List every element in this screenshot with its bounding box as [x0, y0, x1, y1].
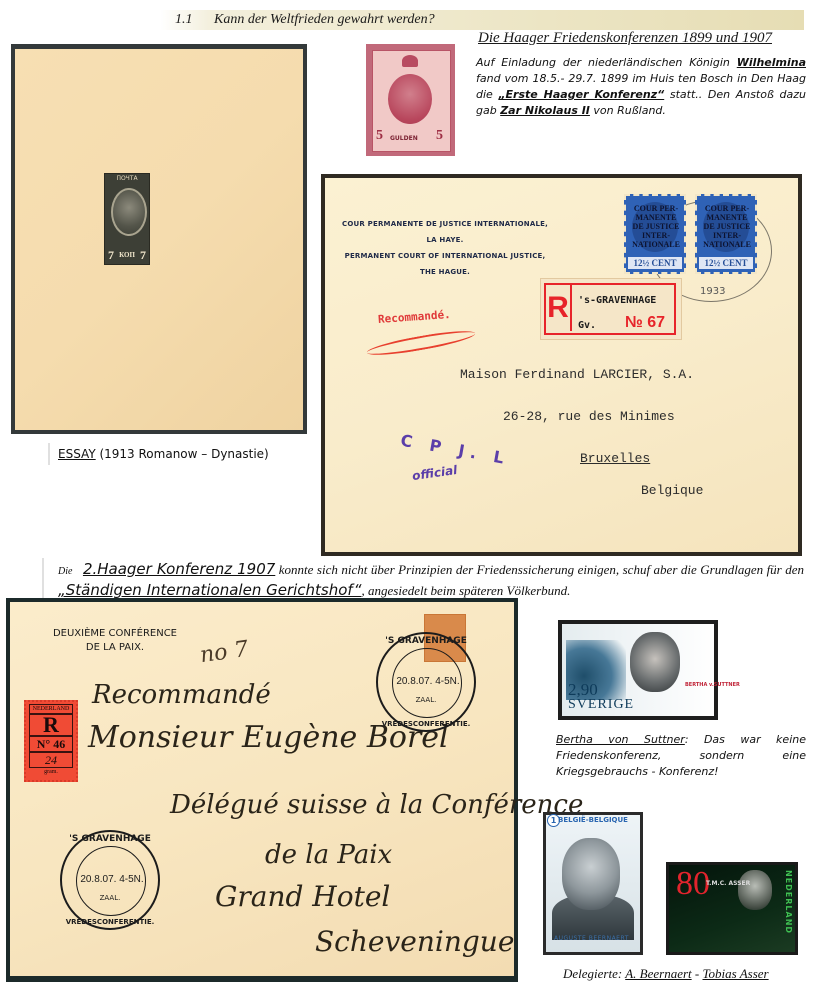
section-title: Kann der Weltfrieden gewahrt werden? — [214, 12, 435, 28]
registration-office: Gv. — [578, 320, 596, 331]
address-line: 26-28, rue des Minimes — [503, 409, 675, 424]
postmark-vredesconferentie: 'S GRAVENHAGE 20.8.07. 4-5N. ZAAL. VREDE… — [376, 632, 476, 732]
section-number: 1.1 — [175, 12, 193, 28]
intro-wilhelmina: Wilhelmina — [737, 56, 806, 69]
gulden-value-right: 5 — [436, 128, 443, 144]
handwritten-line: Recommandé — [92, 680, 271, 710]
address-line: Bruxelles — [580, 451, 650, 466]
envelope-2-letterhead: DEUXIÈME CONFÉRENCE DE LA PAIX. — [40, 627, 190, 655]
postmark-date: 20.8.07. 4-5N. — [386, 676, 470, 687]
reg-weight: 24 — [29, 752, 73, 768]
paragraph-divider — [42, 558, 44, 598]
registration-city: 's-GRAVENHAGE — [578, 295, 656, 306]
letterhead-line: PERMANENT COURT OF INTERNATIONAL JUSTICE… — [330, 248, 560, 264]
sverige-country: SVERIGE — [568, 697, 634, 713]
reg-letter: R — [29, 714, 73, 736]
asser-country: NEDERLAND — [784, 870, 793, 934]
delegates-caption: Delegierte: A. Beernaert - Tobias Asser — [563, 966, 769, 982]
mid-title: 2.Haager Konferenz 1907 — [83, 560, 275, 578]
handwritten-line: Grand Hotel — [215, 880, 390, 913]
postmark-zaal: ZAAL. — [378, 696, 474, 704]
asser-value: 80 — [676, 866, 710, 902]
registration-number: № 67 — [625, 314, 665, 332]
reg-number: N° 46 — [29, 736, 73, 752]
stamp-value: 12½ CENT — [699, 257, 753, 269]
postmark-year: 1933 — [700, 286, 725, 297]
letterhead-line: THE HAGUE. — [330, 264, 560, 280]
gulden-label: GULDEN — [390, 135, 418, 142]
suttner-quote: Bertha von Suttner: Das war keine Friede… — [556, 732, 806, 780]
delegates-label: Delegierte: — [563, 966, 625, 981]
essay-caption-text: (1913 Romanow – Dynastie) — [96, 447, 269, 461]
stamp-value: 12½ CENT — [628, 257, 682, 269]
asser-portrait-icon — [738, 870, 772, 910]
beernaert-portrait-icon — [562, 838, 620, 910]
stamp-overprint: COUR PER- MANENTE DE JUSTICE INTER- NATI… — [630, 204, 682, 249]
essay-card — [15, 49, 303, 430]
delegates-sep: - — [692, 966, 703, 981]
crown-icon — [402, 55, 418, 67]
letterhead-line: DE LA PAIX. — [40, 641, 190, 655]
postmark-bottom-text: VREDESCONFERENTIE. — [378, 720, 474, 728]
reg-unit: gram. — [29, 768, 73, 778]
address-line: Belgique — [641, 483, 703, 498]
value-right: 7 — [140, 248, 146, 263]
queen-portrait-icon — [388, 74, 432, 124]
intro-text: von Rußland. — [590, 104, 666, 117]
page-subtitle: Die Haager Friedenskonferenzen 1899 und … — [478, 30, 772, 47]
mid-text: , angesiedelt beim späteren Völkerbund. — [362, 583, 571, 598]
gulden-value-left: 5 — [376, 128, 383, 144]
delegate-asser: Tobias Asser — [702, 966, 768, 981]
letterhead-line: COUR PERMANENTE DE JUSTICE INTERNATIONAL… — [330, 216, 560, 232]
mid-text: konnte sich nicht über Prinzipien der Fr… — [275, 562, 804, 577]
envelope-1-letterhead: COUR PERMANENTE DE JUSTICE INTERNATIONAL… — [330, 216, 560, 280]
intro-text: Auf Einladung der niederländischen König… — [476, 56, 737, 69]
essay-stamp-top: ПОЧТА — [107, 175, 147, 183]
blue-stamp-2: COUR PER- MANENTE DE JUSTICE INTER- NATI… — [695, 194, 757, 274]
essay-caption: ESSAY (1913 Romanow – Dynastie) — [58, 447, 269, 461]
essay-stamp-image: ПОЧТА 7КОП7 — [104, 173, 150, 265]
stamp-overprint: COUR PER- MANENTE DE JUSTICE INTER- NATI… — [701, 204, 753, 249]
letterhead-line: DEUXIÈME CONFÉRENCE — [40, 627, 190, 641]
postmark-bottom-text: VREDESCONFERENTIE. — [62, 918, 158, 926]
registration-label-red: NEDERLAND R N° 46 24 gram. — [24, 700, 78, 782]
intro-zar: Zar Nikolaus II — [500, 104, 590, 117]
postmark-date: 20.8.07. 4-5N. — [70, 874, 154, 885]
postmark-top-text: 'S GRAVENHAGE — [62, 834, 158, 844]
delegate-beernaert: A. Beernaert — [625, 966, 691, 981]
letterhead-line: LA HAYE. — [330, 232, 560, 248]
intro-konferenz: „Erste Haager Konferenz“ — [498, 88, 664, 101]
essay-label: ESSAY — [58, 447, 96, 461]
essay-stamp-value: 7КОП7 — [105, 247, 149, 263]
mid-court: „Ständigen Internationalen Gerichtshof“ — [58, 581, 362, 599]
handwritten-line: de la Paix — [265, 840, 392, 870]
suttner-portrait-icon — [630, 632, 680, 692]
registration-letter: R — [546, 285, 572, 331]
blue-stamp-1: COUR PER- MANENTE DE JUSTICE INTER- NATI… — [624, 194, 686, 274]
mid-lead: Die — [58, 566, 72, 577]
asser-person: T.M.C. ASSER — [706, 880, 750, 887]
quote-author: Bertha von Suttner — [556, 733, 685, 746]
postmark-vredesconferentie: 'S GRAVENHAGE 20.8.07. 4-5N. ZAAL. VREDE… — [60, 830, 160, 930]
tsar-portrait-icon — [111, 188, 147, 236]
caption-divider — [48, 443, 50, 465]
belgie-person: AUGUSTE BEERNAERT — [554, 935, 629, 943]
handwritten-line: Scheveningue — [315, 925, 514, 958]
address-line: Maison Ferdinand LARCIER, S.A. — [460, 367, 694, 382]
postmark-zaal: ZAAL. — [62, 894, 158, 902]
value-currency: КОП — [119, 251, 135, 259]
intro-paragraph: Auf Einladung der niederländischen König… — [476, 55, 806, 119]
postmark-top-text: 'S GRAVENHAGE — [378, 636, 474, 646]
middle-paragraph: Die 2.Haager Konferenz 1907 konnte sich … — [58, 560, 804, 600]
belgie-country: BELGIË-BELGIQUE — [558, 816, 628, 824]
handwritten-line: Délégué suisse à la Conférence — [170, 790, 583, 820]
value-left: 7 — [108, 248, 114, 263]
sverige-person: BERTHA v.SUTTNER — [685, 682, 740, 689]
